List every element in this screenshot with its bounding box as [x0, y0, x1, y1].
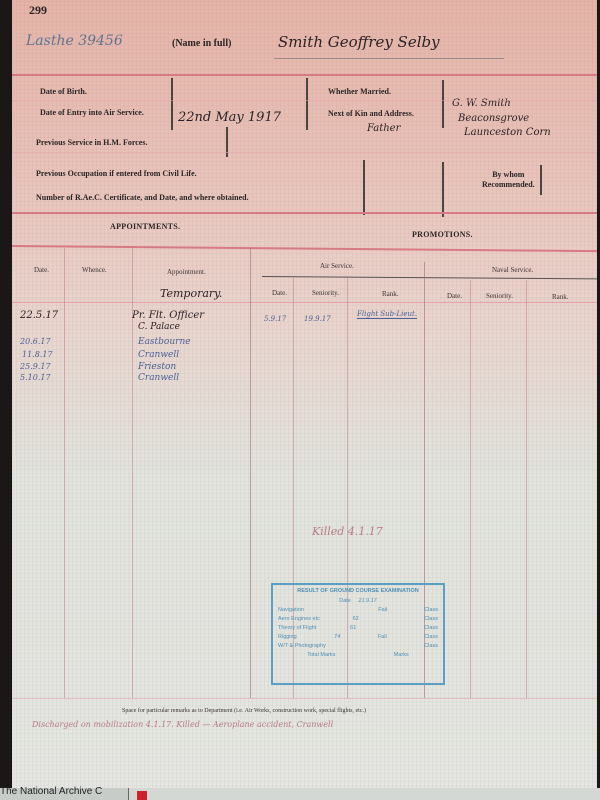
- col-whence-header: Whence.: [82, 266, 107, 274]
- col-appointment-header: Appointment.: [167, 268, 206, 276]
- next-of-kin-relation: Father: [367, 123, 400, 134]
- appointment-1: Pr. Flt. Officer: [132, 310, 204, 321]
- appointment-date-1: 22.5.17: [20, 310, 58, 321]
- pdf-icon: [137, 791, 147, 800]
- folio-number: 299: [29, 3, 47, 18]
- recommended-label: By whom Recommended.: [482, 170, 535, 190]
- service-record-page: 299 Lasthe 39456 (Name in full) Smith Ge…: [12, 0, 597, 790]
- remarks-instruction: Space for particular remarks as to Depar…: [122, 708, 366, 714]
- taskbar: The National Archive C: [0, 788, 600, 800]
- promotions-heading: PROMOTIONS.: [412, 230, 473, 239]
- next-of-kin-line3: Launceston Corn: [464, 127, 551, 138]
- next-of-kin-line2: Beaconsgrove: [458, 113, 529, 124]
- entry-date-label: Date of Entry into Air Service.: [40, 108, 144, 117]
- appointment-2: C. Palace: [138, 322, 180, 332]
- col-date-header: Date.: [34, 266, 49, 274]
- certificate-label: Number of R.Ae.C. Certificate, and Date,…: [36, 193, 249, 202]
- naval-service-header: Naval Service.: [492, 266, 533, 274]
- service-number: Lasthe 39456: [26, 33, 123, 49]
- entry-date-value: 22nd May 1917: [178, 110, 281, 125]
- promotion-seniority: 19.9.17: [304, 315, 331, 323]
- air-rank-header: Rank.: [382, 290, 399, 298]
- appointment-date-6: 5.10.17: [20, 373, 51, 382]
- married-label: Whether Married.: [328, 87, 391, 96]
- naval-rank-header: Rank.: [552, 293, 569, 301]
- appointment-6: Cranwell: [138, 373, 179, 383]
- air-date-header: Date.: [272, 289, 287, 297]
- appointment-3: Eastbourne: [138, 337, 191, 347]
- promotion-rank: Flight Sub-Lieut.: [357, 310, 417, 319]
- promotion-date: 5.9.17: [264, 315, 286, 323]
- appointment-5: Frieston: [138, 362, 176, 372]
- taskbar-window-button[interactable]: [128, 788, 600, 800]
- naval-seniority-header: Seniority.: [486, 292, 513, 300]
- next-of-kin-label: Next of Kin and Address.: [328, 109, 414, 118]
- name-value: Smith Geoffrey Selby: [278, 33, 440, 51]
- air-seniority-header: Seniority.: [312, 289, 339, 297]
- taskbar-app-label[interactable]: The National Archive C: [0, 786, 102, 797]
- appointments-heading: APPOINTMENTS.: [110, 222, 180, 231]
- appointment-date-3: 20.6.17: [20, 337, 51, 346]
- appointment-note: Temporary.: [160, 287, 222, 300]
- name-label: (Name in full): [172, 38, 231, 49]
- dob-label: Date of Birth.: [40, 87, 87, 96]
- appointment-date-4: 11.8.17: [22, 350, 53, 359]
- prev-occupation-label: Previous Occupation if entered from Civi…: [36, 169, 197, 178]
- naval-date-header: Date.: [447, 292, 462, 300]
- killed-annotation: Killed 4.1.17: [312, 525, 383, 538]
- remarks-text: Discharged on mobilization 4.1.17. Kille…: [32, 720, 333, 729]
- ground-course-stamp: RESULT OF GROUND COURSE EXAMINATION Date…: [271, 583, 445, 685]
- air-service-header: Air Service.: [320, 262, 354, 270]
- prev-service-label: Previous Service in H.M. Forces.: [36, 138, 147, 147]
- appointment-4: Cranwell: [138, 350, 179, 360]
- appointment-date-5: 25.9.17: [20, 362, 51, 371]
